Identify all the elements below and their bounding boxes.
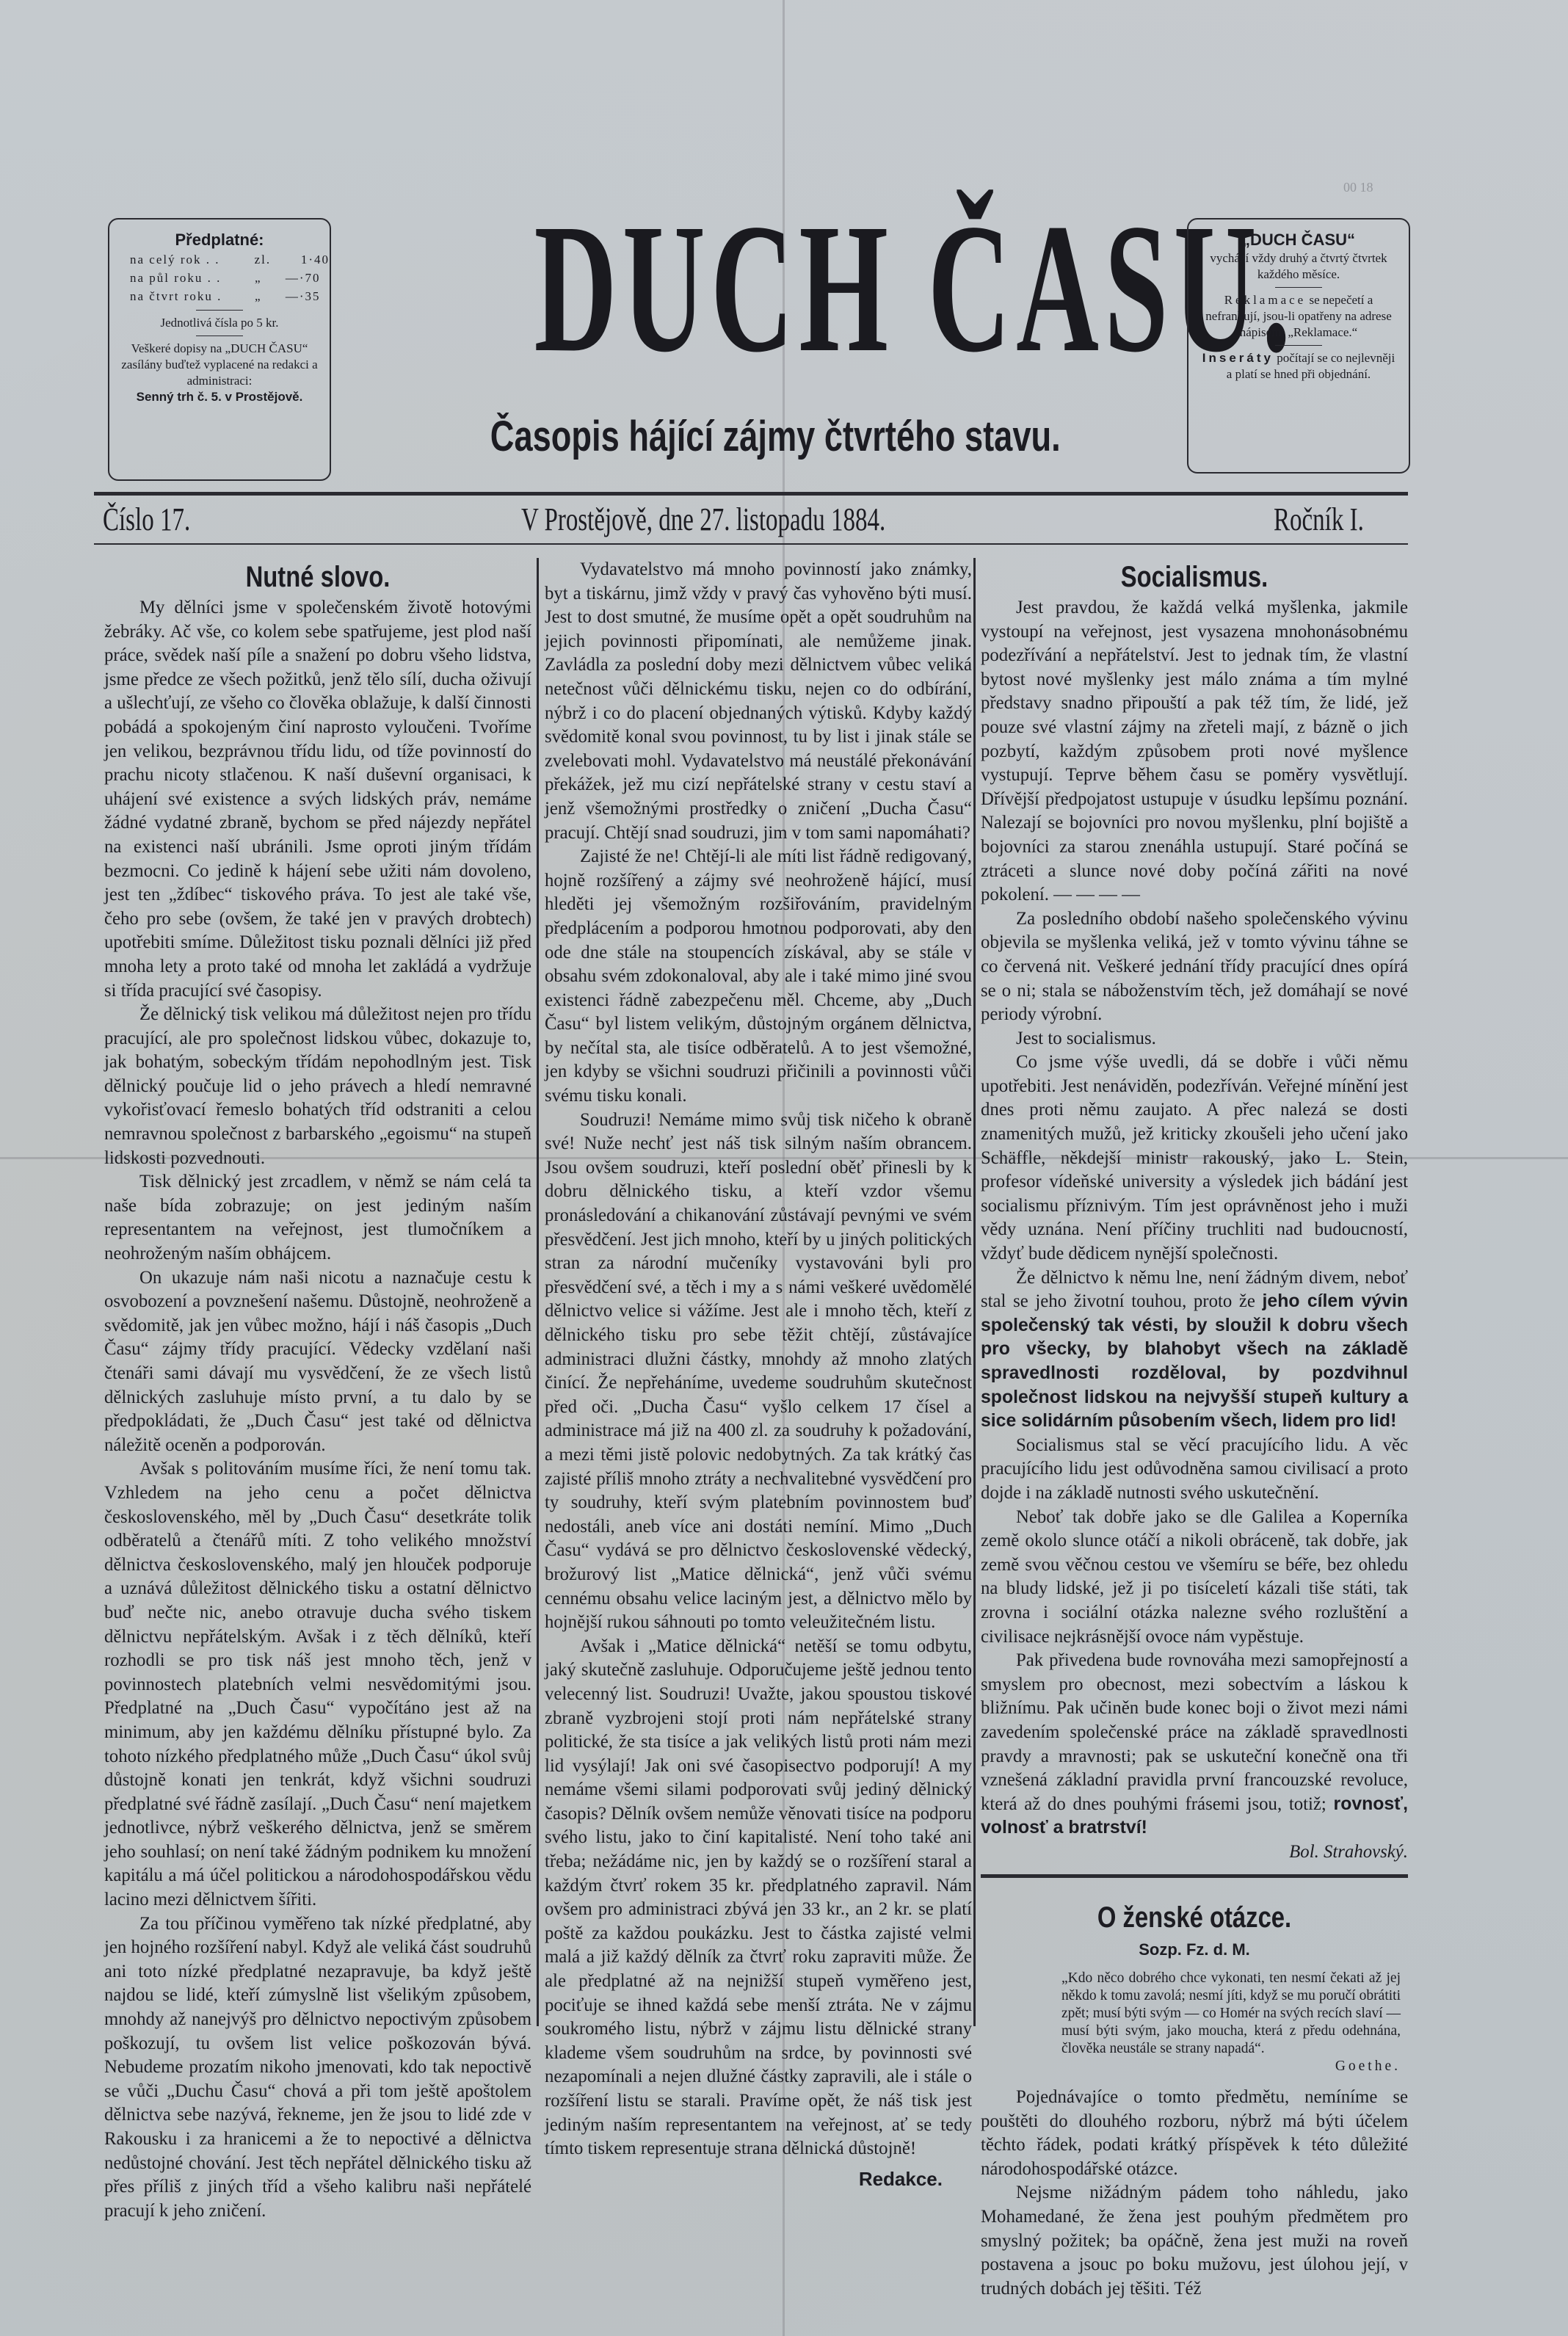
column-1: Nutné slovo. My dělníci jsme v společens…	[104, 558, 531, 2223]
article-paragraph: Co jsme výše uvedli, dá se dobře i vůči …	[981, 1051, 1408, 1266]
article-title: Nutné slovo.	[142, 559, 493, 595]
article-paragraph: Že dělnický tisk velikou má důležitost n…	[104, 1003, 531, 1170]
subscription-heading: Předplatné:	[109, 230, 330, 250]
epigraph: „Kdo něco dobrého chce vykonati, ten nes…	[1061, 1970, 1401, 2075]
article-title: Socialismus.	[1019, 559, 1369, 595]
archive-stamp: 00 18	[1343, 180, 1373, 195]
place-and-date: V Prostějově, dne 27. listopadu 1884.	[521, 499, 885, 540]
article-signature: Redakce.	[545, 2167, 972, 2191]
editorial-address: Senný trh č. 5. v Prostějově.	[109, 389, 330, 405]
complaints-note: Reklamace se nepečetí a nefrankují, jsou…	[1188, 292, 1409, 341]
price-row: na celý rok . .zl.1·40	[130, 250, 330, 269]
price-row: na čtvrt roku .„—·35	[130, 287, 330, 305]
article-paragraph: Vydavatelstvo má mnoho povinností jako z…	[545, 558, 972, 845]
article-paragraph: Jest to socialismus.	[981, 1027, 1408, 1051]
divider	[1275, 287, 1322, 288]
divider	[196, 335, 243, 336]
article-paragraph: Jest pravdou, že každá velká myšlenka, j…	[981, 596, 1408, 907]
article-paragraph: Za tou příčinou vyměřeno tak nízké předp…	[104, 1912, 531, 2224]
price-list: na celý rok . .zl.1·40 na půl roku . .„—…	[109, 250, 330, 305]
issue-number: Číslo 17.	[103, 499, 190, 540]
publication-schedule: vychází vždy druhý a čtvrtý čtvrtek každ…	[1188, 250, 1409, 283]
subscription-box: Předplatné: na celý rok . .zl.1·40 na pů…	[108, 218, 331, 481]
divider	[1275, 345, 1322, 346]
article-paragraph: Za posledního období našeho společenskéh…	[981, 907, 1408, 1027]
article-paragraph: Soudruzi! Nemáme mimo svůj tisk ničeho k…	[545, 1109, 972, 1635]
divider	[196, 310, 243, 311]
dateline-rule-bottom	[94, 543, 1408, 545]
column-divider	[973, 558, 976, 2026]
letters-note: Veškeré dopisy na „DUCH ČASU“ zasílány b…	[109, 341, 330, 389]
article-paragraph: Zajisté že ne! Chtějí-li ale míti list ř…	[545, 845, 972, 1109]
article-author: Bol. Strahovský.	[981, 1840, 1408, 1865]
article-paragraph: Tisk dělnický jest zrcadlem, v němž se n…	[104, 1170, 531, 1266]
article-paragraph: Pak přivedena bude rovnováha mezi samopř…	[981, 1649, 1408, 1840]
epigraph-author: Goethe.	[1061, 2058, 1401, 2075]
info-heading: „DUCH ČASU“	[1188, 230, 1409, 250]
article-byline: Sozp. Fz. d. M.	[981, 1938, 1408, 1962]
article-title: O ženské otázce.	[1019, 1900, 1369, 1935]
article-paragraph: Avšak i „Matice dělnická“ netěší se tomu…	[545, 1635, 972, 2161]
publication-info-box: „DUCH ČASU“ vychází vždy druhý a čtvrtý …	[1187, 218, 1410, 474]
masthead-subtitle: Časopis hájící zájmy čtvrtého stavu.	[490, 411, 1051, 463]
article-paragraph: Nejsme nižádným pádem toho náhledu, jako…	[981, 2181, 1408, 2301]
article-paragraph: Neboť tak dobře jako se dle Galilea a Ko…	[981, 1506, 1408, 1650]
price-row: na půl roku . .„—·70	[130, 269, 330, 287]
volume-number: Ročník I.	[1274, 499, 1364, 540]
article-paragraph: My dělníci jsme v společenském životě ho…	[104, 596, 531, 1003]
article-paragraph: Že dělnictvo k němu lne, není žádným div…	[981, 1266, 1408, 1434]
column-3: Socialismus. Jest pravdou, že každá velk…	[981, 558, 1408, 2301]
article-paragraph: Pojednávajíce o tomto předmětu, nemíníme…	[981, 2086, 1408, 2181]
column-2: Vydavatelstvo má mnoho povinností jako z…	[545, 558, 972, 2191]
masthead-title: DUCH ČASU.	[534, 192, 1008, 383]
article-paragraph: Socialismus stal se věcí pracujícího lid…	[981, 1434, 1408, 1506]
article-paragraph: Avšak s politováním musíme říci, že není…	[104, 1457, 531, 1912]
article-paragraph: On ukazuje nám naši nicotu a naznačuje c…	[104, 1266, 531, 1458]
single-issue-price: Jednotlivá čísla po 5 kr.	[109, 315, 330, 331]
section-divider	[981, 1874, 1408, 1878]
ads-note: Inseráty počítají se co nejlevněji a pla…	[1188, 350, 1409, 382]
dateline-rule-top	[94, 492, 1408, 496]
column-divider	[537, 558, 539, 2026]
epigraph-quote: „Kdo něco dobrého chce vykonati, ten nes…	[1061, 1970, 1401, 2058]
